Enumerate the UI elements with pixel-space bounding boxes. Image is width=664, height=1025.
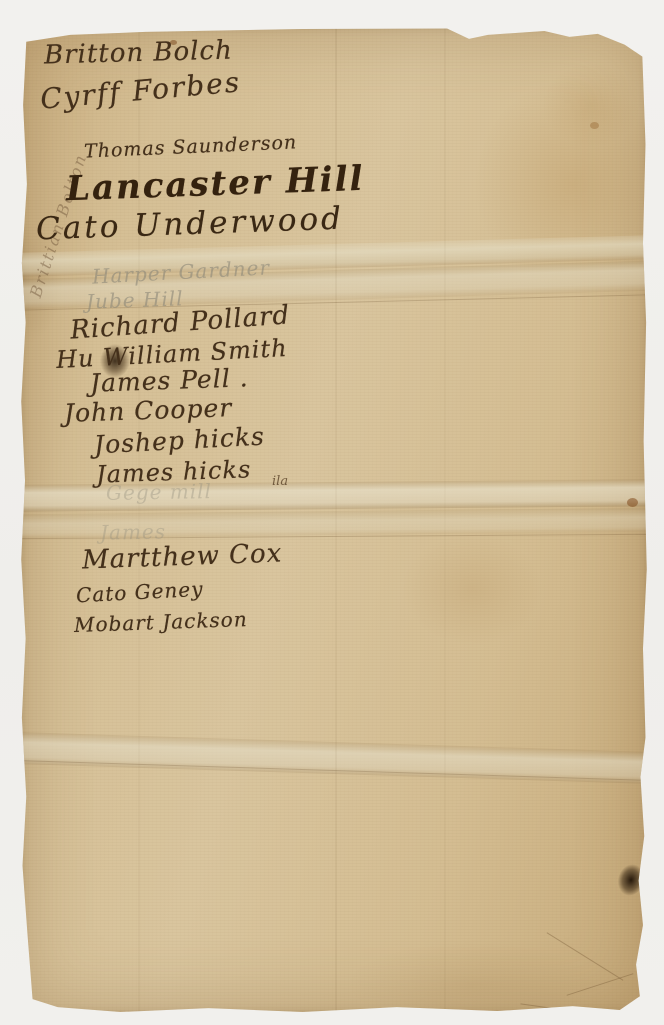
signature-cato-geney: Cato Geney bbox=[75, 577, 204, 608]
signature-mobart-jackson: Mobart Jackson bbox=[74, 607, 248, 637]
fox-spot-right bbox=[590, 122, 599, 129]
signature-james-faded: James bbox=[100, 519, 166, 544]
tear-crease-bottom-right-2 bbox=[567, 973, 634, 996]
horizontal-fold-line-bottom bbox=[20, 760, 648, 781]
trailing-mark-after-james-hicks: ila bbox=[272, 474, 288, 489]
signature-britton-bolch: Britton Bolch bbox=[44, 36, 234, 71]
tear-crease-bottom-right-1 bbox=[547, 932, 624, 981]
signature-gege-mill-faded: Gege mill bbox=[106, 479, 212, 505]
signature-john-cooper: John Cooper bbox=[64, 393, 233, 428]
signature-martthew-cox: Martthew Cox bbox=[82, 539, 283, 576]
manuscript-page: Brittian Bolton Britton Bolch Cyrff Forb… bbox=[20, 26, 648, 1014]
vertical-crease-right bbox=[444, 26, 446, 1014]
signature-thomas-saunderson: Thomas Saunderson bbox=[84, 131, 298, 162]
ink-blot-right-edge bbox=[614, 861, 647, 899]
tear-crease-bottom-right-3 bbox=[520, 1003, 629, 1019]
signature-harper-gardner-faded: Harper Gardner bbox=[91, 255, 270, 288]
fox-spot-band-edge bbox=[627, 498, 638, 507]
signature-joshep-hicks: Joshep hicks bbox=[93, 422, 265, 460]
signature-cyrff-forbes: Cyrff Forbes bbox=[39, 65, 242, 115]
